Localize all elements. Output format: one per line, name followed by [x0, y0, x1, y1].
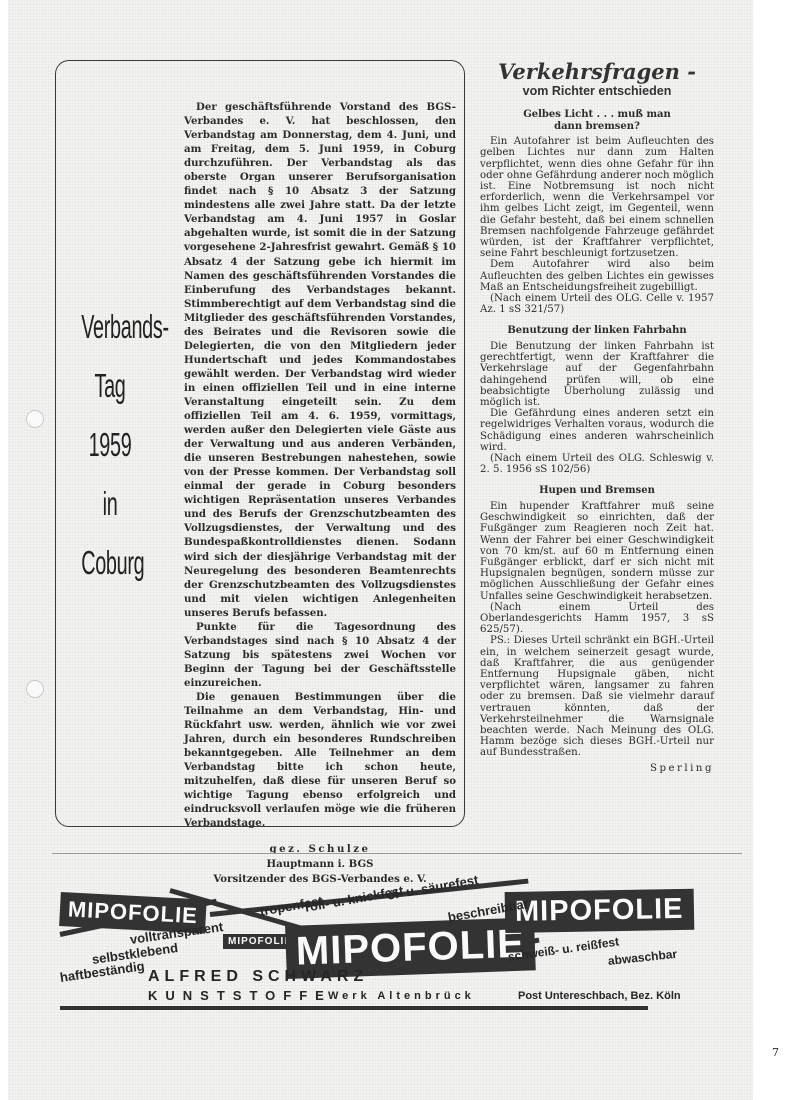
ad-company: ALFRED SCHWARZ — [148, 968, 368, 986]
announcement-body: Der geschäftsführende Vorstand des BGS-V… — [184, 100, 456, 887]
signature-name: gez. Schulze — [184, 842, 456, 857]
punch-hole — [26, 410, 44, 428]
ad-address-work: Werk Altenbrück — [328, 990, 475, 1002]
side-title-line: Tag — [81, 369, 139, 402]
brand-logo: MIPOFOLIE — [505, 889, 694, 933]
paragraph: Die Benutzung der linken Fahrbahn ist ge… — [480, 341, 714, 408]
paragraph: Ein hupender Kraftfahrer muß seine Gesch… — [480, 501, 714, 602]
ad-claim: öl- u. säurefest — [386, 872, 480, 903]
ad-claim: abwaschbar — [607, 947, 677, 968]
section-heading: Benutzung der linken Fahrbahn — [480, 325, 714, 337]
citation: (Nach einem Urteil des OLG. Schleswig v.… — [480, 453, 714, 475]
section-heading: Hupen und Bremsen — [480, 485, 714, 497]
announcement-side-title: Verbands- Tag 1959 in Coburg — [62, 310, 158, 605]
side-title-line: Verbands- — [81, 310, 139, 343]
section-heading: Gelbes Licht . . . muß man dann bremsen? — [480, 109, 714, 132]
traffic-column: Verkehrsfragen - vom Richter entschieden… — [480, 60, 714, 774]
side-title-line: 1959 — [81, 428, 139, 461]
side-title-line: Coburg — [81, 546, 139, 579]
paragraph: Die Gefährdung eines anderen setzt ein r… — [480, 408, 714, 453]
column-title: Verkehrsfragen - — [480, 60, 714, 84]
ad-underline — [60, 1006, 648, 1010]
column-subtitle: vom Richter entschieden — [480, 86, 714, 97]
paragraph: PS.: Dieses Urteil schränkt ein BGH.-Urt… — [480, 635, 714, 758]
citation: (Nach einem Urteil des Oberlandesgericht… — [480, 602, 714, 636]
advertisement: MIPOFOLIE MIPOFOLIE MIPOFOLIE MIPOFOLIE … — [60, 870, 750, 1020]
punch-hole — [26, 680, 44, 698]
paragraph: Der geschäftsführende Vorstand des BGS-V… — [184, 100, 456, 620]
citation: (Nach einem Urteil des OLG. Celle v. 195… — [480, 293, 714, 315]
paragraph: Dem Autofahrer wird also beim Aufleuchte… — [480, 259, 714, 293]
column-author: Sperling — [480, 763, 714, 774]
divider — [52, 853, 742, 854]
paragraph: Ein Autofahrer ist beim Aufleuchten des … — [480, 136, 714, 259]
paragraph: Die genauen Bestimmungen über die Teilna… — [184, 690, 456, 830]
page-number: 7 — [772, 1046, 779, 1059]
ad-company-sub: KUNSTSTOFFE — [148, 988, 332, 1003]
side-title-line: in — [81, 487, 139, 520]
ad-address-post: Post Untereschbach, Bez. Köln — [518, 990, 681, 1002]
paragraph: Punkte für die Tagesordnung des Verbands… — [184, 620, 456, 690]
